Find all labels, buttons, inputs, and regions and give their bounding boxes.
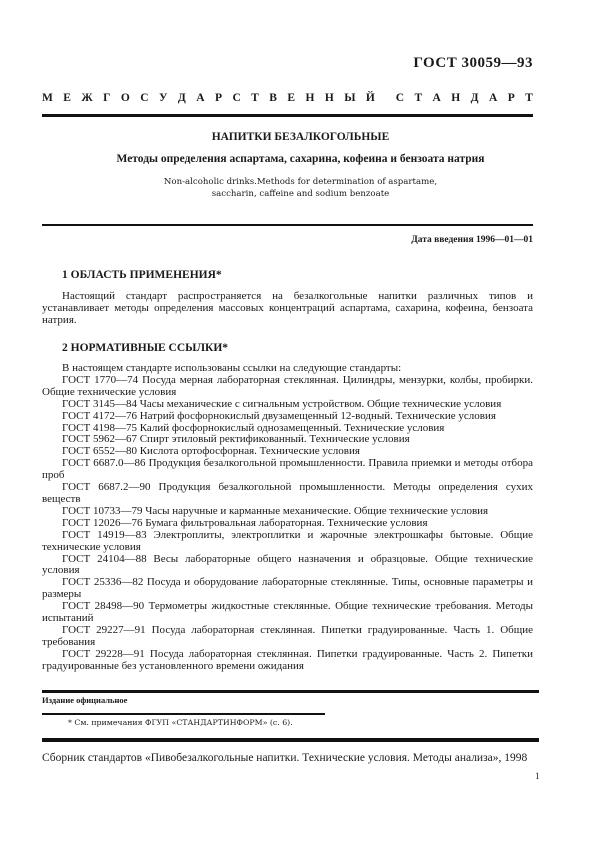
interstate-letter: А (196, 92, 204, 104)
interstate-letter: Ж (81, 92, 92, 104)
interstate-letter: Г (103, 92, 110, 104)
interstate-letter: М (42, 92, 53, 104)
interstate-letter: С (140, 92, 148, 104)
interstate-letter: Ы (344, 92, 355, 104)
interstate-letter: Р (508, 92, 515, 104)
interstate-letter: А (433, 92, 441, 104)
english-title-line-2: saccharin, caffeine and sodium benzoate (0, 188, 601, 200)
interstate-letter: Е (63, 92, 71, 104)
reference-item: ГОСТ 6687.2—90 Продукция безалкогольной … (42, 482, 533, 506)
footnote-rule (42, 713, 325, 715)
interstate-standard-label: МЕЖГОСУДАРСТВЕННЫЙ СТАНДАРТ (42, 92, 533, 104)
english-title-line-1: Non-alcoholic drinks.Methods for determi… (0, 176, 601, 188)
interstate-letter: Д (471, 92, 479, 104)
header-rule (42, 114, 533, 117)
interstate-letter: Н (451, 92, 460, 104)
reference-item: ГОСТ 29227—91 Посуда лабораторная стекля… (42, 625, 533, 649)
interstate-letter: А (489, 92, 497, 104)
interstate-letter: Р (215, 92, 222, 104)
interstate-letter: Т (525, 92, 533, 104)
introduction-date: Дата введения 1996—01—01 (411, 235, 533, 245)
interstate-letter: Й (366, 92, 375, 104)
collection-title: Сборник стандартов «Пивобезалкогольные н… (42, 752, 527, 764)
section-1-heading: 1 ОБЛАСТЬ ПРИМЕНЕНИЯ* (62, 269, 222, 281)
interstate-letter: Н (325, 92, 334, 104)
section-1-text: Настоящий стандарт распространяется на б… (42, 290, 533, 327)
reference-item: ГОСТ 3145—84 Часы механические с сигналь… (42, 399, 533, 411)
interstate-letter: С (396, 92, 404, 104)
document-title: НАПИТКИ БЕЗАЛКОГОЛЬНЫЕ (0, 131, 601, 143)
reference-item: ГОСТ 28498—90 Термометры жидкостные стек… (42, 601, 533, 625)
gost-code: ГОСТ 30059—93 (413, 55, 533, 72)
reference-item: ГОСТ 4172—76 Натрий фосфорнокислый двуза… (42, 411, 533, 423)
references-list: В настоящем стандарте использованы ссылк… (42, 363, 533, 673)
interstate-letter: Т (251, 92, 259, 104)
interstate-letter: Е (287, 92, 295, 104)
interstate-letter: С (232, 92, 240, 104)
interstate-letter: В (269, 92, 277, 104)
reference-item: ГОСТ 24104—88 Весы лабораторные общего н… (42, 554, 533, 578)
interstate-letter: Т (414, 92, 422, 104)
official-edition-label: Издание официальное (42, 695, 127, 705)
reference-item: ГОСТ 25336—82 Посуда и оборудование лабо… (42, 577, 533, 601)
interstate-letter: Д (178, 92, 186, 104)
reference-item: ГОСТ 12026—76 Бумага фильтровальная лабо… (42, 518, 533, 530)
reference-item: ГОСТ 14919—83 Электроплиты, электроплитк… (42, 530, 533, 554)
english-title: Non-alcoholic drinks.Methods for determi… (0, 176, 601, 200)
section-1-text-content: Настоящий стандарт распространяется на б… (42, 290, 533, 326)
document-subtitle: Методы определения аспартама, сахарина, … (0, 153, 601, 165)
interstate-letter: Н (305, 92, 314, 104)
footer-rule (42, 690, 539, 693)
interstate-letter: У (159, 92, 167, 104)
title-rule (42, 224, 533, 226)
section-2-heading: 2 НОРМАТИВНЫЕ ССЫЛКИ* (62, 342, 228, 354)
interstate-letter: О (121, 92, 130, 104)
collection-rule (42, 738, 539, 742)
footnote: * См. примечания ФГУП «СТАНДАРТИНФОРМ» (… (68, 718, 293, 727)
page-number: 1 (535, 771, 540, 781)
reference-item: ГОСТ 10733—79 Часы наручные и карманные … (42, 506, 533, 518)
reference-item: ГОСТ 1770—74 Посуда мерная лабораторная … (42, 375, 533, 399)
reference-item: ГОСТ 6687.0—86 Продукция безалкогольной … (42, 458, 533, 482)
reference-item: ГОСТ 29228—91 Посуда лабораторная стекля… (42, 649, 533, 673)
